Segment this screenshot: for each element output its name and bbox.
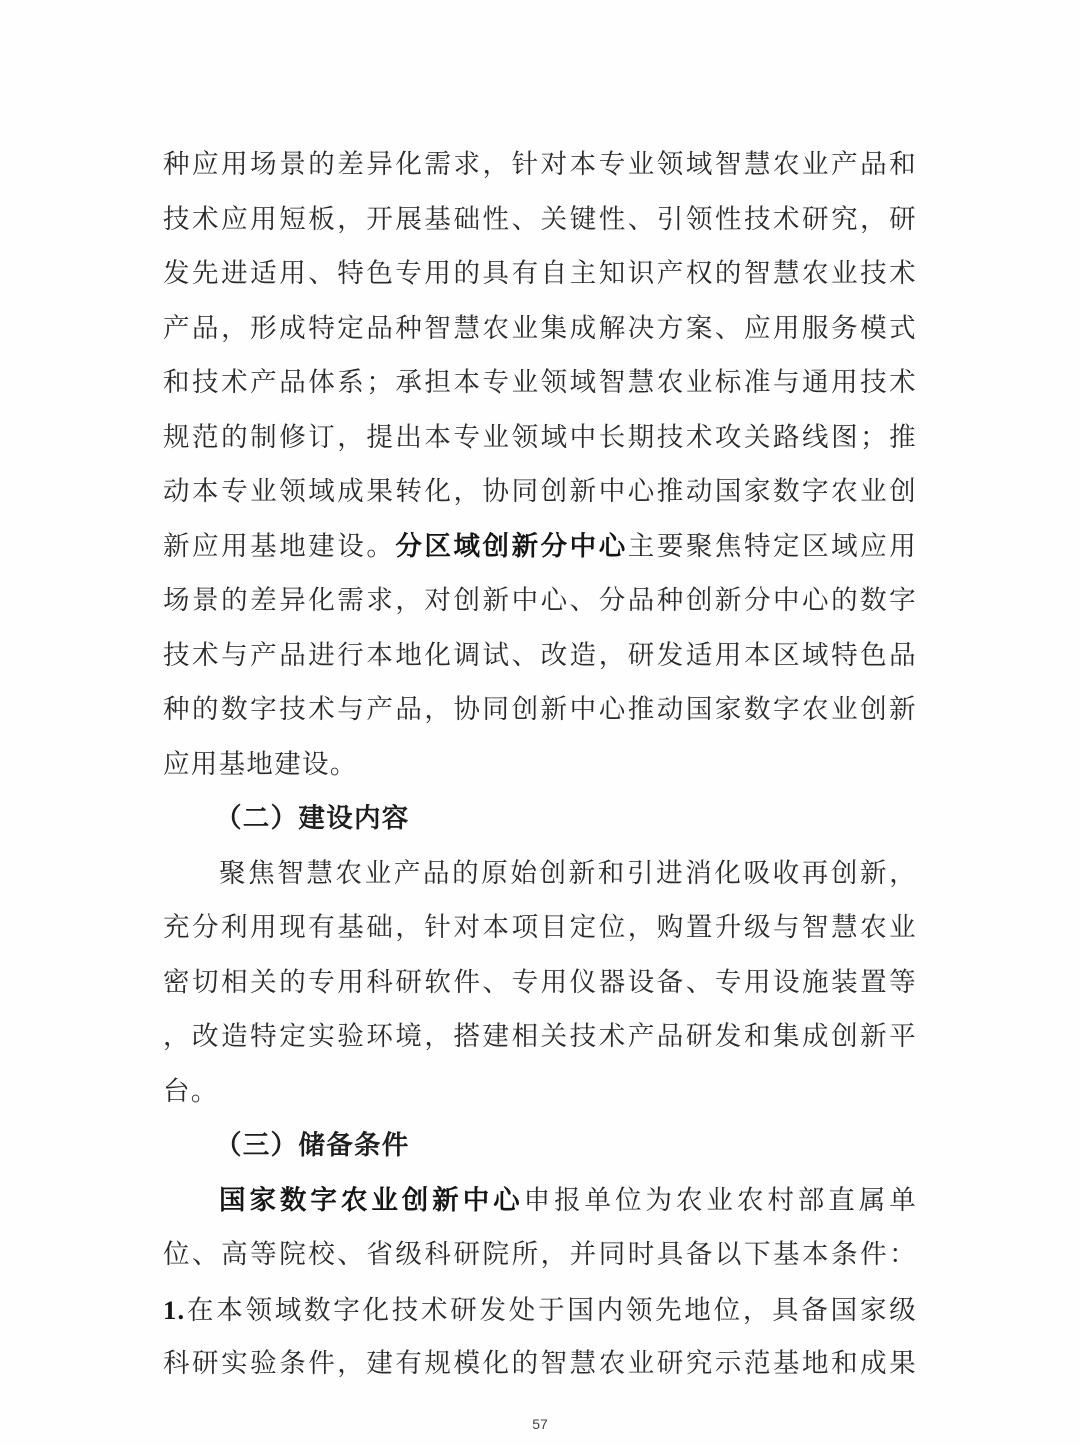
paragraph-line: 动本专业领域成果转化，协同创新中心推动国家数字农业创 (163, 472, 917, 512)
paragraph-line: 场景的差异化需求，对创新中心、分品种创新分中心的数字 (163, 581, 917, 621)
section-heading-construction-content: （二）建设内容 (215, 799, 969, 839)
page-number: 57 (0, 1416, 1080, 1432)
paragraph-line: 新应用基地建设。分区域创新分中心主要聚焦特定区域应用 (163, 527, 917, 567)
paragraph-line: 台。 (163, 1072, 917, 1112)
paragraph-line: 技术应用短板，开展基础性、关键性、引领性技术研究，研 (163, 200, 917, 240)
paragraph-line: 和技术产品体系；承担本专业领域智慧农业标准与通用技术 (163, 363, 917, 403)
paragraph-line: 技术与产品进行本地化调试、改造，研发适用本区域特色品 (163, 636, 917, 676)
bold-term-national-center: 国家数字农业创新中心 (219, 1185, 524, 1216)
paragraph-line: 发先进适用、特色专用的具有自主知识产权的智慧农业技术 (163, 254, 917, 294)
section-heading-reserve-conditions: （三）储备条件 (215, 1126, 969, 1166)
paragraph-line: 位、高等院校、省级科研院所，并同时具备以下基本条件： (163, 1235, 917, 1275)
paragraph-line: 密切相关的专用科研软件、专用仪器设备、专用设施装置等 (163, 963, 917, 1003)
paragraph-line: 国家数字农业创新中心申报单位为农业农村部直属单 (219, 1181, 917, 1221)
paragraph-line: 规范的制修订，提出本专业领域中长期技术攻关路线图；推 (163, 418, 917, 458)
text-run: 申报单位为农业农村部直属单 (524, 1185, 917, 1216)
paragraph-line: 种的数字技术与产品，协同创新中心推动国家数字农业创新 (163, 690, 917, 730)
text-run: 主要聚焦特定区域应用 (628, 531, 917, 562)
paragraph-line: 种应用场景的差异化需求，针对本专业领域智慧农业产品和 (163, 145, 917, 185)
list-item-1: 1.在本领域数字化技术研发处于国内领先地位，具备国家级 (163, 1290, 917, 1330)
paragraph-line: 产品，形成特定品种智慧农业集成解决方案、应用服务模式 (163, 309, 917, 349)
document-page: 种应用场景的差异化需求，针对本专业领域智慧农业产品和 技术应用短板，开展基础性、… (0, 0, 1080, 1446)
paragraph-line: ，改造特定实验环境，搭建相关技术产品研发和集成创新平 (163, 1017, 917, 1057)
text-run: 新应用基地建设。 (163, 531, 395, 562)
paragraph-line: 应用基地建设。 (163, 745, 917, 785)
list-number: 1. (163, 1295, 185, 1325)
paragraph-line: 聚焦智慧农业产品的原始创新和引进消化吸收再创新， (219, 854, 917, 894)
text-run: 在本领域数字化技术研发处于国内领先地位，具备国家级 (185, 1295, 917, 1326)
bold-term-regional-subcenter: 分区域创新分中心 (395, 531, 627, 562)
paragraph-line: 充分利用现有基础，针对本项目定位，购置升级与智慧农业 (163, 908, 917, 948)
paragraph-line: 科研实验条件，建有规模化的智慧农业研究示范基地和成果 (163, 1344, 917, 1384)
